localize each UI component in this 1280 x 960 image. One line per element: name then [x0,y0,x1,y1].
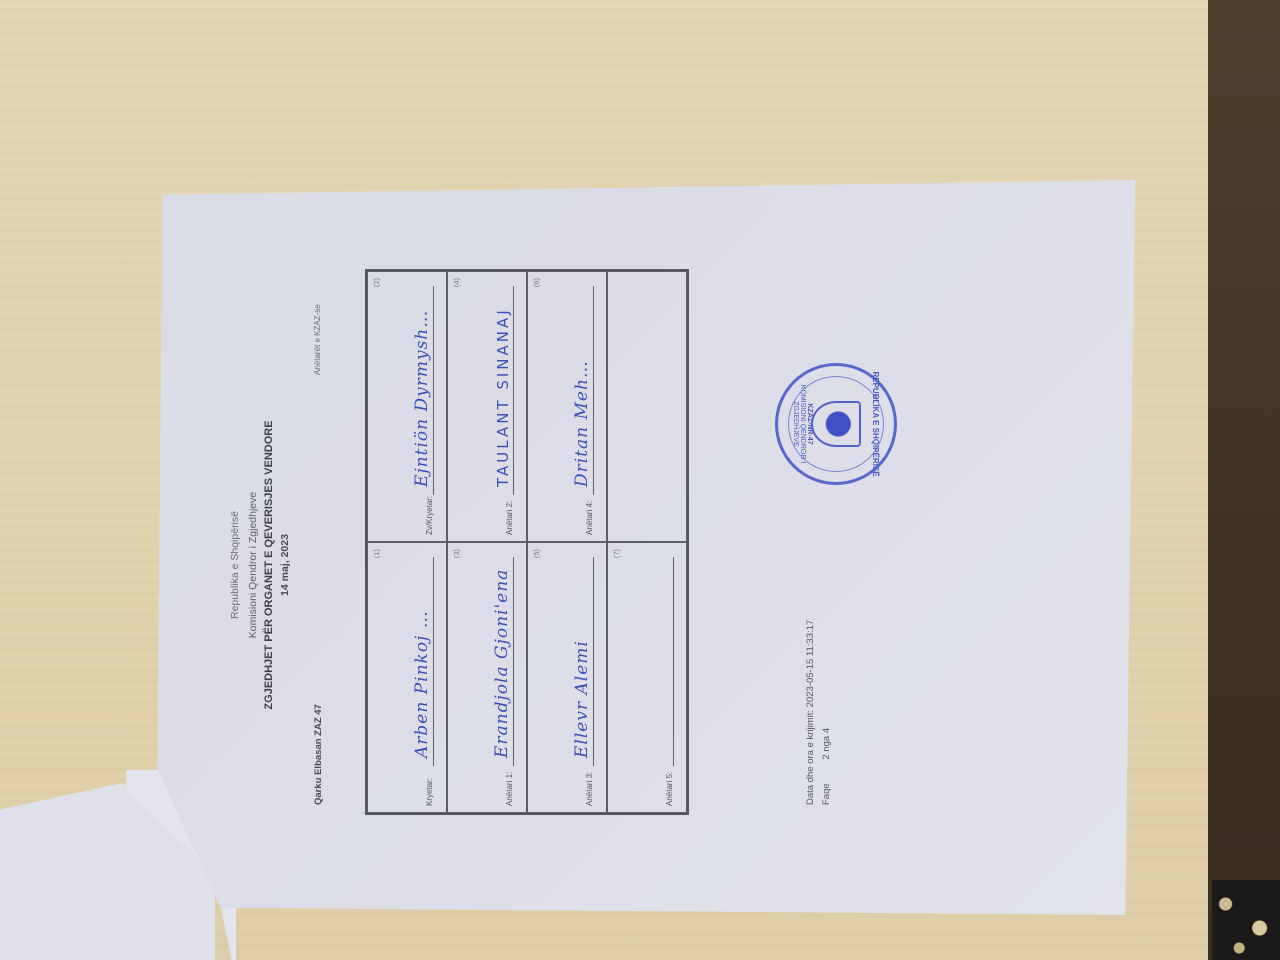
signature-cell [607,271,687,542]
signature-line [673,557,674,766]
handwritten-signature: Erandjola Gjoni'ena [492,569,512,758]
creation-label: Data dhe ora e krijimit: [805,710,816,805]
handwritten-signature: Ellevr Alemi [572,640,592,758]
member-role-label: Anëtari 4: [585,501,594,535]
header-election-title: ZGJEDHJET PËR ORGANET E QEVERISJES VENDO… [263,235,275,895]
signature-cell: (1)Kryetar:Arben Pinkoj … [367,542,447,813]
page-label: Faqe [821,783,832,805]
handwritten-signature: Arben Pinkoj … [412,610,432,758]
signature-line [593,286,594,495]
cell-number: (2) [372,278,381,287]
signature-cell: (6)Anëtari 4:Dritan Meh… [527,271,607,542]
header-date: 14 maj, 2023 [279,235,291,895]
handwritten-signature: Ejntiön Dyrmysh… [412,310,432,487]
member-role-label: Anëtari 2: [505,501,514,535]
cell-number: (3) [452,549,461,558]
signature-line [433,286,434,495]
member-role-label: Anëtari 3: [585,772,594,806]
signature-line [433,557,434,766]
cell-number: (7) [612,549,621,558]
header-commission: Komisioni Qendror i Zgjedhjeve [247,235,259,895]
member-role-label: Anëtari 5: [665,772,674,806]
cell-number: (5) [532,549,541,558]
page-value: 2 nga 4 [821,728,832,760]
members-caption: Anëtarët e KZAZ-se [313,304,322,375]
handwritten-signature: Dritan Meh… [572,360,592,487]
stamp-top-text: REPUBLIKA E SHQIPËRISË [871,366,880,482]
member-role-label: Anëtari 1: [505,772,514,806]
document-page: Republika e Shqipërisë Komisioni Qendror… [175,235,1135,895]
member-role-label: Kryetar: [425,778,434,806]
eagle-emblem-icon [811,401,861,447]
header-republic: Republika e Shqipërisë [229,235,241,895]
signature-cell: (5)Anëtari 3:Ellevr Alemi [527,542,607,813]
official-stamp: REPUBLIKA E SHQIPËRISË KZAZ-NR-47 KOMISI… [775,363,897,485]
signature-line [513,286,514,495]
stamp-bottom-text: KOMISIONI QENDROR I ZGJEDHJEVE [792,366,806,482]
signature-cell: (4)Anëtari 2:TAULANT SINANAJ [447,271,527,542]
member-role-label: Zv/Kryetar: [425,496,434,535]
district-label: Qarku Elbasan ZAZ 47 [313,704,324,805]
cell-number: (4) [452,278,461,287]
page-number: Faqe 2 nga 4 [821,728,832,805]
creation-value: 2023-05-15 11:33:17 [805,620,816,708]
creation-timestamp: Data dhe ora e krijimit: 2023-05-15 11:3… [805,620,816,805]
cell-number: (6) [532,278,541,287]
signature-line [513,557,514,766]
signature-cell: (7)Anëtari 5: [607,542,687,813]
signature-cell: (3)Anëtari 1:Erandjola Gjoni'ena [447,542,527,813]
stamp-code: KZAZ-NR-47 [806,366,813,482]
patterned-carpet [1212,880,1280,960]
signature-cell: (2)Zv/Kryetar:Ejntiön Dyrmysh… [367,271,447,542]
signature-line [593,557,594,766]
handwritten-signature: TAULANT SINANAJ [494,307,512,487]
cell-number: (1) [372,549,381,558]
dark-cabinet [1208,0,1280,960]
signature-table: (1)Kryetar:Arben Pinkoj …(2)Zv/Kryetar:E… [365,269,689,815]
